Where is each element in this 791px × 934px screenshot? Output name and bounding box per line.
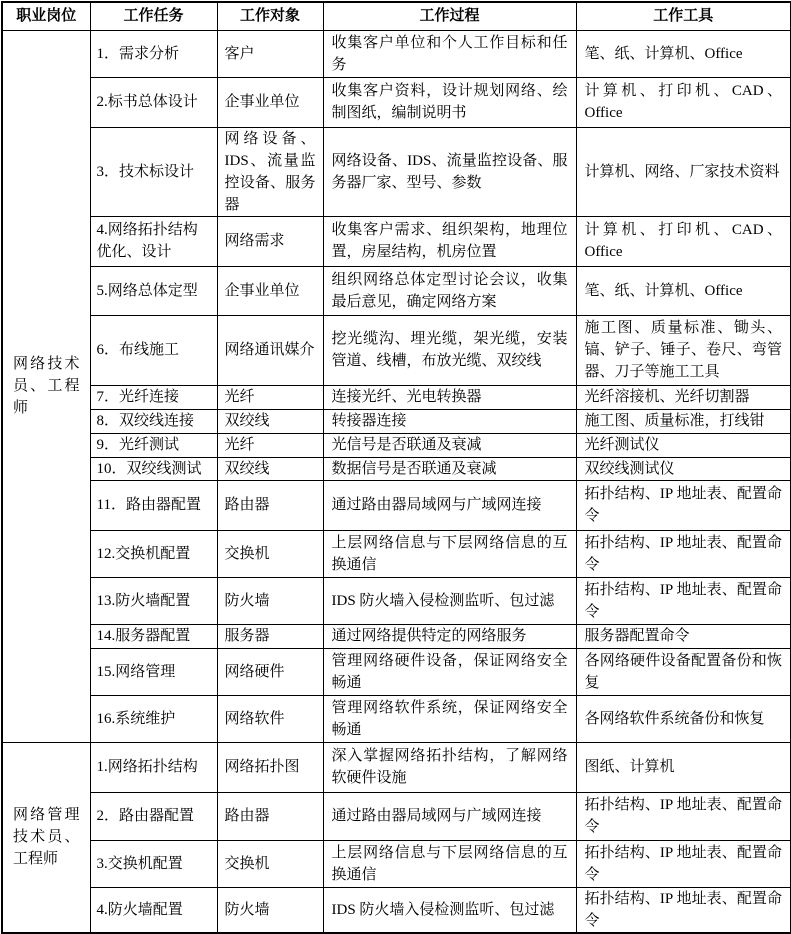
job-task-table: 职业岗位 工作任务 工作对象 工作过程 工作工具 网络技术员、工程师 1．需求分… xyxy=(1,1,791,934)
object-cell: 防火墙 xyxy=(217,887,323,933)
tools-cell: 施工图、质量标准，打线钳 xyxy=(576,409,791,433)
task-cell: 6．布线施工 xyxy=(90,315,217,385)
tools-cell: 计算机、打印机、CAD、Office xyxy=(576,216,791,266)
object-cell: 企事业单位 xyxy=(217,266,323,315)
tools-cell: 拓扑结构、IP 地址表、配置命令 xyxy=(576,577,791,624)
table-row: 7．光纤连接 光纤 连接光纤、光电转换器 光纤溶接机、光纤切割器 xyxy=(2,385,791,409)
tools-cell: 光纤测试仪 xyxy=(576,433,791,457)
task-cell: 2.标书总体设计 xyxy=(90,77,217,127)
task-cell: 12.交换机配置 xyxy=(90,530,217,577)
table-row: 2.标书总体设计 企事业单位 收集客户资料，设计规划网络、绘制图纸，编制说明书 … xyxy=(2,77,791,127)
object-cell: 路由器 xyxy=(217,480,323,530)
process-cell: 上层网络信息与下层网络信息的互换通信 xyxy=(323,530,576,577)
table-row: 13.防火墙配置 防火墙 IDS 防火墙入侵检测监听、包过滤 拓扑结构、IP 地… xyxy=(2,577,791,624)
table-row: 8．双绞线连接 双绞线 转接器连接 施工图、质量标准，打线钳 xyxy=(2,409,791,433)
tools-cell: 拓扑结构、IP 地址表、配置命令 xyxy=(576,792,791,840)
task-cell: 1.网络拓扑结构 xyxy=(90,742,217,792)
object-cell: 网络设备、IDS、流量监控设备、服务器 xyxy=(217,127,323,216)
process-cell: 连接光纤、光电转换器 xyxy=(323,385,576,409)
tools-cell: 拓扑结构、IP 地址表、配置命令 xyxy=(576,887,791,933)
table-row: 9．光纤测试 光纤 光信号是否联通及衰减 光纤测试仪 xyxy=(2,433,791,457)
tools-cell: 笔、纸、计算机、Office xyxy=(576,30,791,77)
task-cell: 3.交换机配置 xyxy=(90,840,217,887)
tools-cell: 光纤溶接机、光纤切割器 xyxy=(576,385,791,409)
task-cell: 4.网络拓扑结构优化、设计 xyxy=(90,216,217,266)
process-cell: 收集客户单位和个人工作目标和任务 xyxy=(323,30,576,77)
table-row: 15.网络管理 网络硬件 管理网络硬件设备，保证网络安全畅通 各网络硬件设备配置… xyxy=(2,648,791,695)
table-row: 16.系统维护 网络软件 管理网络软件系统，保证网络安全畅通 各网络软件系统备份… xyxy=(2,695,791,742)
process-cell: 数据信号是否联通及衰减 xyxy=(323,457,576,480)
task-cell: 10．双绞线测试 xyxy=(90,457,217,480)
tools-cell: 服务器配置命令 xyxy=(576,624,791,648)
position-cell: 网络管理技术员、工程师 xyxy=(2,742,90,933)
table-row: 2．路由器配置 路由器 通过路由器局域网与广域网连接 拓扑结构、IP 地址表、配… xyxy=(2,792,791,840)
object-cell: 防火墙 xyxy=(217,577,323,624)
process-cell: IDS 防火墙入侵检测监听、包过滤 xyxy=(323,577,576,624)
tools-cell: 施工图、质量标准、锄头、镐、铲子、锤子、卷尺、弯管器、刀子等施工工具 xyxy=(576,315,791,385)
tools-cell: 各网络软件系统备份和恢复 xyxy=(576,695,791,742)
table-row: 10．双绞线测试 双绞线 数据信号是否联通及衰减 双绞线测试仪 xyxy=(2,457,791,480)
table-row: 4.网络拓扑结构优化、设计 网络需求 收集客户需求、组织架构，地理位置，房屋结构… xyxy=(2,216,791,266)
process-cell: 网络设备、IDS、流量监控设备、服务器厂家、型号、参数 xyxy=(323,127,576,216)
process-cell: 通过路由器局域网与广域网连接 xyxy=(323,792,576,840)
table-row: 11．路由器配置 路由器 通过路由器局域网与广域网连接 拓扑结构、IP 地址表、… xyxy=(2,480,791,530)
task-cell: 13.防火墙配置 xyxy=(90,577,217,624)
object-cell: 网络需求 xyxy=(217,216,323,266)
process-cell: 上层网络信息与下层网络信息的互换通信 xyxy=(323,840,576,887)
object-cell: 客户 xyxy=(217,30,323,77)
tools-cell: 各网络硬件设备配置备份和恢复 xyxy=(576,648,791,695)
process-cell: 光信号是否联通及衰减 xyxy=(323,433,576,457)
process-cell: 收集客户资料，设计规划网络、绘制图纸，编制说明书 xyxy=(323,77,576,127)
col-header-task: 工作任务 xyxy=(90,2,217,30)
document-page: 职业岗位 工作任务 工作对象 工作过程 工作工具 网络技术员、工程师 1．需求分… xyxy=(0,0,791,934)
process-cell: 管理网络软件系统，保证网络安全畅通 xyxy=(323,695,576,742)
table-row: 3．技术标设计 网络设备、IDS、流量监控设备、服务器 网络设备、IDS、流量监… xyxy=(2,127,791,216)
object-cell: 网络通讯媒介 xyxy=(217,315,323,385)
table-row: 5.网络总体定型 企事业单位 组织网络总体定型讨论会议，收集最后意见，确定网络方… xyxy=(2,266,791,315)
position-cell: 网络技术员、工程师 xyxy=(2,30,90,742)
process-cell: 转接器连接 xyxy=(323,409,576,433)
process-cell: 深入掌握网络拓扑结构，了解网络软硬件设施 xyxy=(323,742,576,792)
table-row: 网络管理技术员、工程师 1.网络拓扑结构 网络拓扑图 深入掌握网络拓扑结构，了解… xyxy=(2,742,791,792)
task-cell: 4.防火墙配置 xyxy=(90,887,217,933)
col-header-position: 职业岗位 xyxy=(2,2,90,30)
tools-cell: 拓扑结构、IP 地址表、配置命令 xyxy=(576,480,791,530)
object-cell: 网络拓扑图 xyxy=(217,742,323,792)
table-row: 3.交换机配置 交换机 上层网络信息与下层网络信息的互换通信 拓扑结构、IP 地… xyxy=(2,840,791,887)
task-cell: 1．需求分析 xyxy=(90,30,217,77)
process-cell: 管理网络硬件设备，保证网络安全畅通 xyxy=(323,648,576,695)
table-row: 14.服务器配置 服务器 通过网络提供特定的网络服务 服务器配置命令 xyxy=(2,624,791,648)
task-cell: 8．双绞线连接 xyxy=(90,409,217,433)
tools-cell: 计算机、网络、厂家技术资料 xyxy=(576,127,791,216)
task-cell: 3．技术标设计 xyxy=(90,127,217,216)
tools-cell: 拓扑结构、IP 地址表、配置命令 xyxy=(576,840,791,887)
col-header-process: 工作过程 xyxy=(323,2,576,30)
object-cell: 网络软件 xyxy=(217,695,323,742)
col-header-tools: 工作工具 xyxy=(576,2,791,30)
tools-cell: 笔、纸、计算机、Office xyxy=(576,266,791,315)
task-cell: 11．路由器配置 xyxy=(90,480,217,530)
object-cell: 交换机 xyxy=(217,840,323,887)
task-cell: 14.服务器配置 xyxy=(90,624,217,648)
object-cell: 服务器 xyxy=(217,624,323,648)
object-cell: 光纤 xyxy=(217,385,323,409)
table-row: 12.交换机配置 交换机 上层网络信息与下层网络信息的互换通信 拓扑结构、IP … xyxy=(2,530,791,577)
process-cell: 挖光缆沟、埋光缆，架光缆，安装管道、线槽，布放光缆、双绞线 xyxy=(323,315,576,385)
object-cell: 企事业单位 xyxy=(217,77,323,127)
table-row: 6．布线施工 网络通讯媒介 挖光缆沟、埋光缆，架光缆，安装管道、线槽，布放光缆、… xyxy=(2,315,791,385)
process-cell: IDS 防火墙入侵检测监听、包过滤 xyxy=(323,887,576,933)
task-cell: 9．光纤测试 xyxy=(90,433,217,457)
table-row: 4.防火墙配置 防火墙 IDS 防火墙入侵检测监听、包过滤 拓扑结构、IP 地址… xyxy=(2,887,791,933)
object-cell: 交换机 xyxy=(217,530,323,577)
task-cell: 7．光纤连接 xyxy=(90,385,217,409)
table-row: 网络技术员、工程师 1．需求分析 客户 收集客户单位和个人工作目标和任务 笔、纸… xyxy=(2,30,791,77)
tools-cell: 计算机、打印机、CAD、Office xyxy=(576,77,791,127)
col-header-object: 工作对象 xyxy=(217,2,323,30)
task-cell: 2．路由器配置 xyxy=(90,792,217,840)
object-cell: 路由器 xyxy=(217,792,323,840)
object-cell: 网络硬件 xyxy=(217,648,323,695)
object-cell: 双绞线 xyxy=(217,457,323,480)
task-cell: 5.网络总体定型 xyxy=(90,266,217,315)
header-row: 职业岗位 工作任务 工作对象 工作过程 工作工具 xyxy=(2,2,791,30)
process-cell: 通过路由器局域网与广域网连接 xyxy=(323,480,576,530)
tools-cell: 拓扑结构、IP 地址表、配置命令 xyxy=(576,530,791,577)
tools-cell: 图纸、计算机 xyxy=(576,742,791,792)
object-cell: 光纤 xyxy=(217,433,323,457)
task-cell: 16.系统维护 xyxy=(90,695,217,742)
process-cell: 组织网络总体定型讨论会议，收集最后意见，确定网络方案 xyxy=(323,266,576,315)
task-cell: 15.网络管理 xyxy=(90,648,217,695)
tools-cell: 双绞线测试仪 xyxy=(576,457,791,480)
process-cell: 收集客户需求、组织架构，地理位置，房屋结构，机房位置 xyxy=(323,216,576,266)
object-cell: 双绞线 xyxy=(217,409,323,433)
process-cell: 通过网络提供特定的网络服务 xyxy=(323,624,576,648)
